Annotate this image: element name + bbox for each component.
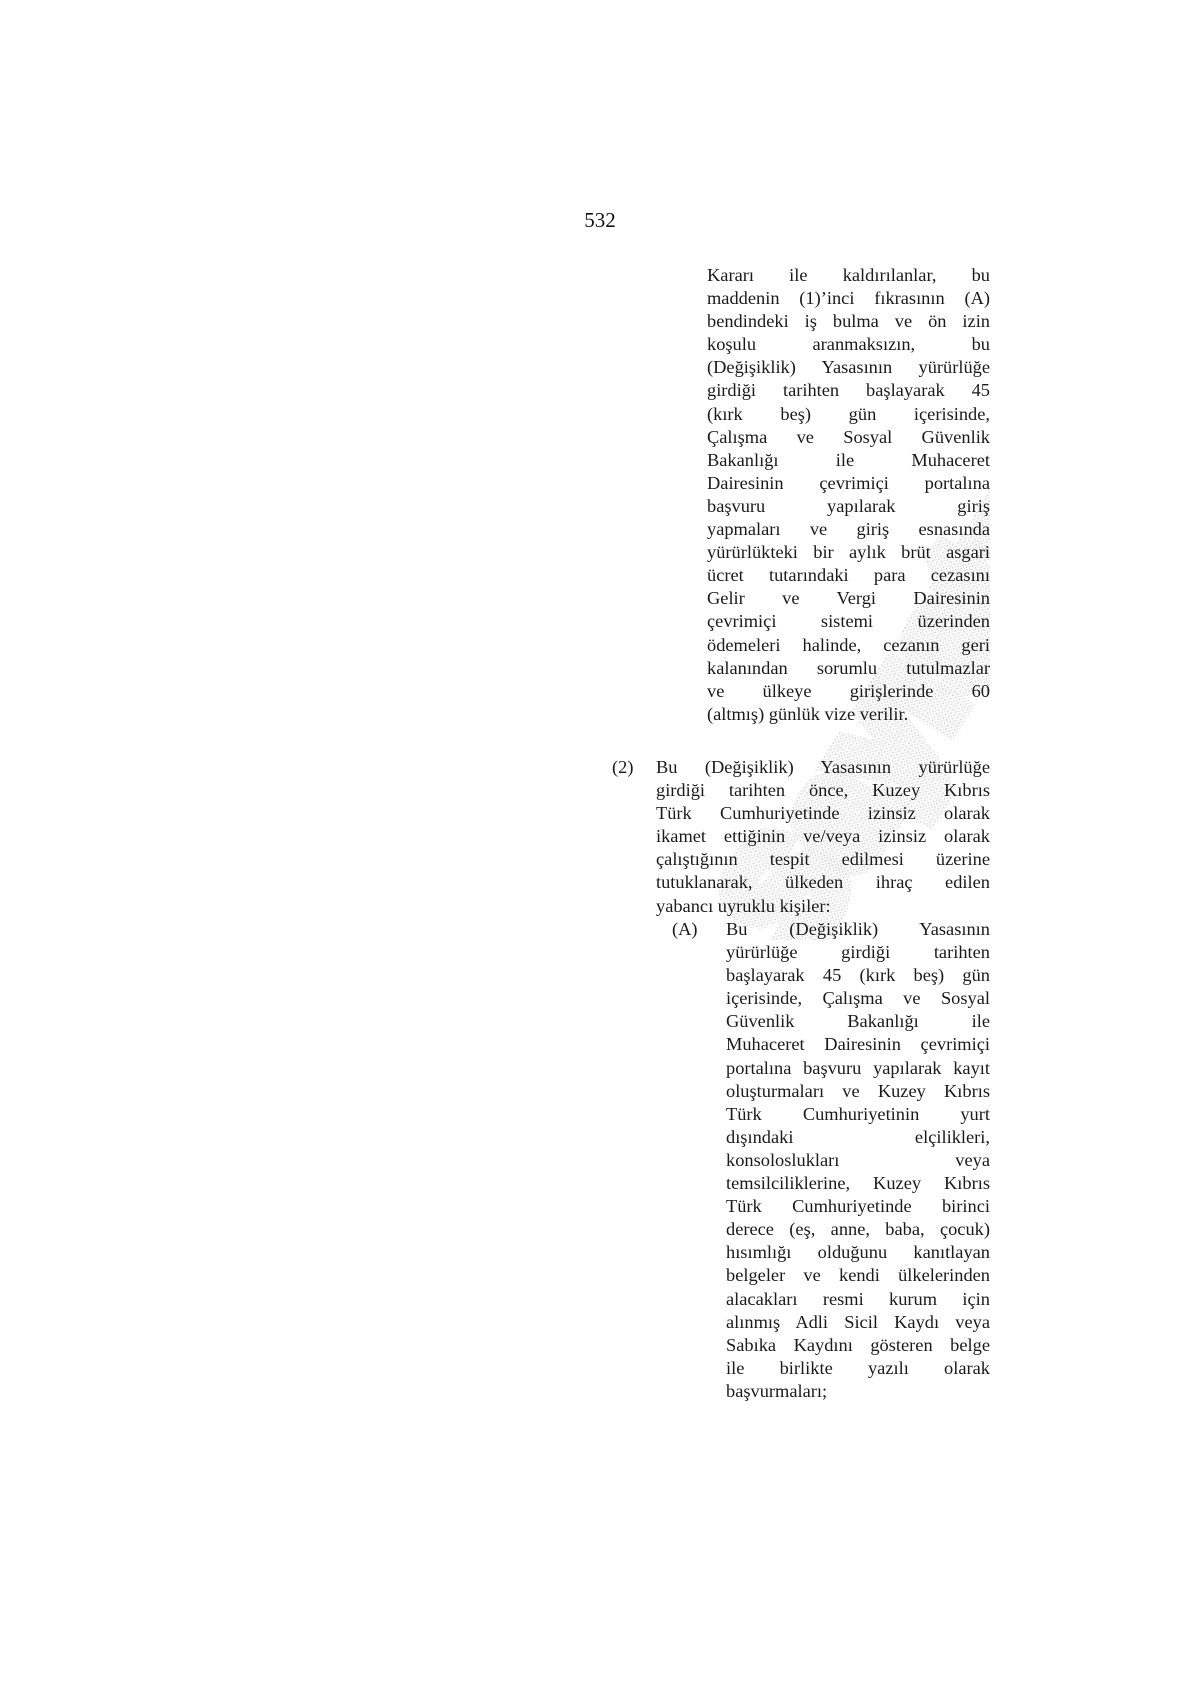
page-number: 532 [0, 208, 1200, 233]
text-line: oluşturmaları ve Kuzey Kıbrıs [726, 1080, 990, 1103]
text-line: yürürlükteki bir aylık brüt asgari [707, 541, 990, 564]
text-line: portalına başvuru yapılarak kayıt [726, 1057, 990, 1080]
text-line: başvurmaları; [726, 1380, 990, 1403]
text-line: konsoloslukları veya [726, 1149, 990, 1172]
subclause-a-marker: (A) [672, 918, 698, 941]
text-line: koşulu aranmaksızın, bu [707, 333, 990, 356]
text-line: maddenin (1)’inci fıkrasının (A) [707, 287, 990, 310]
text-line: belgeler ve kendi ülkelerinden [726, 1264, 990, 1287]
text-line: (kırk beş) gün içerisinde, [707, 403, 990, 426]
text-line: kalanından sorumlu tutulmazlar [707, 657, 990, 680]
text-line: Güvenlik Bakanlığı ile [726, 1010, 990, 1033]
text-line: girdiği tarihten başlayarak 45 [707, 379, 990, 402]
text-line: yapmaları ve giriş esnasında [707, 518, 990, 541]
text-line: ve ülkeye girişlerinde 60 [707, 680, 990, 703]
text-line: ile birlikte yazılı olarak [726, 1357, 990, 1380]
text-line: Türk Cumhuriyetinin yurt [726, 1103, 990, 1126]
text-line: çalıştığının tespit edilmesi üzerine [656, 848, 990, 871]
text-line: içerisinde, Çalışma ve Sosyal [726, 987, 990, 1010]
text-line: temsilciliklerine, Kuzey Kıbrıs [726, 1172, 990, 1195]
text-line: başlayarak 45 (kırk beş) gün [726, 964, 990, 987]
text-line: girdiği tarihten önce, Kuzey Kıbrıs [656, 779, 990, 802]
text-line: yürürlüğe girdiği tarihten [726, 941, 990, 964]
paragraph-continuation: Kararı ile kaldırılanlar, bumaddenin (1)… [707, 264, 990, 726]
text-line: Bu (Değişiklik) Yasasının yürürlüğe [656, 756, 990, 779]
clause-2-marker: (2) [612, 756, 633, 779]
text-line: derece (eş, anne, baba, çocuk) [726, 1218, 990, 1241]
text-line: Kararı ile kaldırılanlar, bu [707, 264, 990, 287]
text-line: ikamet ettiğinin ve/veya izinsiz olarak [656, 825, 990, 848]
text-line: Türk Cumhuriyetinde birinci [726, 1195, 990, 1218]
text-line: ödemeleri halinde, cezanın geri [707, 634, 990, 657]
text-line: Dairesinin çevrimiçi portalına [707, 472, 990, 495]
text-line: Bakanlığı ile Muhaceret [707, 449, 990, 472]
text-line: Çalışma ve Sosyal Güvenlik [707, 426, 990, 449]
text-line: hısımlığı olduğunu kanıtlayan [726, 1241, 990, 1264]
text-line: Sabıka Kaydını gösteren belge [726, 1334, 990, 1357]
text-line: Türk Cumhuriyetinde izinsiz olarak [656, 802, 990, 825]
text-line: alacakları resmi kurum için [726, 1288, 990, 1311]
text-line: Gelir ve Vergi Dairesinin [707, 587, 990, 610]
text-line: ücret tutarındaki para cezasını [707, 564, 990, 587]
text-line: (altmış) günlük vize verilir. [707, 703, 990, 726]
text-line: tutuklanarak, ülkeden ihraç edilen [656, 871, 990, 894]
subclause-a-text: Bu (Değişiklik) Yasasınınyürürlüğe girdi… [726, 918, 990, 1403]
clause-2-text: Bu (Değişiklik) Yasasının yürürlüğegirdi… [656, 756, 990, 918]
text-line: yabancı uyruklu kişiler: [656, 895, 990, 918]
text-line: bendindeki iş bulma ve ön izin [707, 310, 990, 333]
text-line: Muhaceret Dairesinin çevrimiçi [726, 1033, 990, 1056]
text-line: dışındaki elçilikleri, [726, 1126, 990, 1149]
text-line: çevrimiçi sistemi üzerinden [707, 610, 990, 633]
text-line: başvuru yapılarak giriş [707, 495, 990, 518]
text-line: Bu (Değişiklik) Yasasının [726, 918, 990, 941]
text-line: (Değişiklik) Yasasının yürürlüğe [707, 356, 990, 379]
text-line: alınmış Adli Sicil Kaydı veya [726, 1311, 990, 1334]
